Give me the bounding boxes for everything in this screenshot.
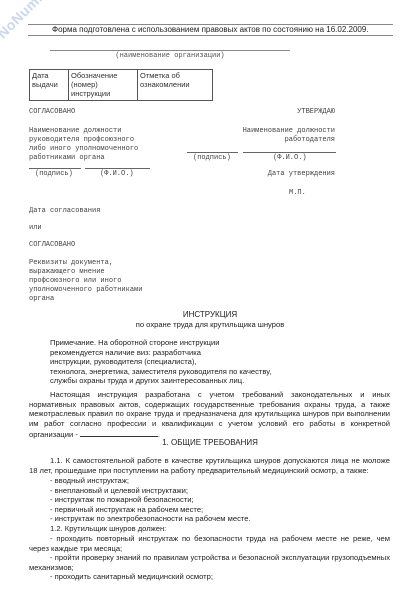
journal-table: Дата выдачи Обозначение (номер) инструкц… bbox=[29, 69, 213, 101]
journal-col-ack: Отметка об ознакомлении bbox=[138, 70, 213, 101]
agreed-fio-line bbox=[85, 168, 150, 169]
org-name-label: (наименование организации) bbox=[0, 52, 340, 60]
document-subtitle: по охране труда для крутильщика шнуров bbox=[0, 320, 420, 329]
agreed-fio-label: (Ф.И.О.) bbox=[100, 170, 134, 179]
list-item: - инструктаж по пожарной безопасности; bbox=[50, 495, 251, 505]
list-item: - инструктаж по электробезопасности на р… bbox=[50, 514, 251, 524]
approved-position: Наименование должности работодателя bbox=[243, 127, 335, 145]
section1-title: 1. ОБЩИЕ ТРЕБОВАНИЯ bbox=[0, 438, 420, 447]
agreed-position: Наименование должности руководителя проф… bbox=[29, 127, 138, 163]
org-name-line bbox=[50, 50, 290, 51]
list-item: - проходить повторный инструктаж по безо… bbox=[29, 534, 390, 553]
or-label: или bbox=[29, 224, 42, 233]
list-item: - вводный инструктаж; bbox=[50, 476, 251, 486]
agreed-title-2: СОГЛАСОВАНО bbox=[29, 241, 75, 250]
agreed-signature-label: (подпись) bbox=[35, 170, 73, 179]
journal-col-number: Обозначение (номер) инструкции bbox=[69, 70, 138, 101]
agreed-signature-line bbox=[29, 168, 81, 169]
document-title: ИНСТРУКЦИЯ bbox=[0, 310, 420, 319]
document-note: Примечание. На оборотной стороне инструк… bbox=[50, 338, 271, 386]
approved-fio-label: (Ф.И.О.) bbox=[273, 154, 307, 163]
paragraph-1-1: 1.1. К самостоятельной работе в качестве… bbox=[29, 456, 390, 475]
p1-1-list: - вводный инструктаж; - внеплановый и це… bbox=[50, 476, 251, 524]
journal-col-date: Дата выдачи bbox=[30, 70, 69, 101]
list-item: - проходить санитарный медицинский осмот… bbox=[29, 572, 390, 582]
approved-date-label: Дата утверждения bbox=[268, 170, 335, 179]
list-item: - пройти проверку знаний по правилам уст… bbox=[29, 553, 390, 572]
p1-2-list: - проходить повторный инструктаж по безо… bbox=[29, 534, 390, 582]
agreed-date-label: Дата согласования bbox=[29, 207, 100, 216]
approved-signature-label: (подпись) bbox=[193, 154, 231, 163]
stamp-label: М.П. bbox=[289, 189, 306, 198]
list-item: - первичный инструктаж на рабочем месте; bbox=[50, 505, 251, 515]
header-note: Форма подготовлена с использованием прав… bbox=[52, 25, 369, 35]
approved-title: УТВЕРЖДАЮ bbox=[297, 108, 335, 117]
org-blank bbox=[80, 428, 158, 437]
header-note-bar: Форма подготовлена с использованием прав… bbox=[28, 24, 393, 36]
agreed-title: СОГЛАСОВАНО bbox=[29, 108, 75, 117]
approved-signature-line bbox=[187, 152, 238, 153]
paragraph-1-2: 1.2. Крутильщик шнуров должен: bbox=[50, 524, 166, 534]
approved-fio-line bbox=[243, 152, 336, 153]
list-item: - внеплановый и целевой инструктажи; bbox=[50, 486, 251, 496]
document-intro: Настоящая инструкция разработана с учето… bbox=[29, 390, 390, 440]
agreed-requisites: Реквизиты документа, выражающего мнение … bbox=[29, 259, 142, 304]
